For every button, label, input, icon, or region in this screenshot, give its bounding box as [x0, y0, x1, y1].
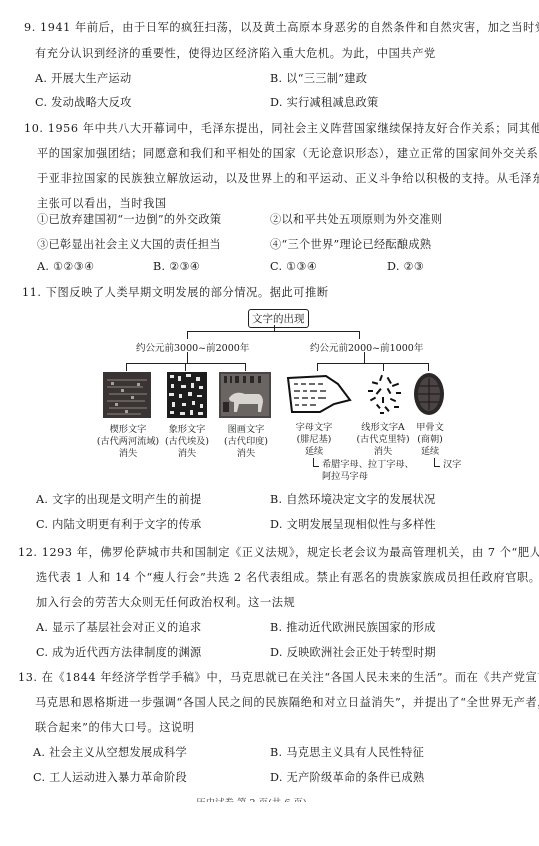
script-name: 线形文字A	[352, 422, 414, 434]
q13-option-d: D. 无产阶级革命的条件已成熟	[270, 769, 424, 785]
q10-option-b: B. ②③④	[153, 260, 200, 273]
linear-a-script-image	[362, 372, 406, 418]
script-caption-oracle-bone: 甲骨文 (商朝) 延续	[412, 422, 448, 458]
page-footer: 历史试卷 第 2 页(共 6 页)	[196, 796, 307, 802]
q12-stem-line3: 加入行会的劳苦大众则无任何政治权利。这一法规	[36, 594, 295, 610]
q12-option-a: A. 显示了基层社会对正义的追求	[36, 619, 201, 635]
connector	[364, 352, 365, 363]
q9-option-d: D. 实行减租减息政策	[270, 94, 378, 110]
q12-stem-line2: 选代表 1 人和 14 个“瘦人行会”共选 2 名代表组成。禁止有恶名的贵族家族…	[36, 569, 539, 585]
script-name: 甲骨文	[412, 422, 448, 434]
footer-clip: 历史试卷 第 2 页(共 6 页)	[0, 796, 539, 802]
indus-seal-image	[219, 372, 271, 418]
alphabet-descendants-line1: 希腊字母、拉丁字母、	[322, 459, 414, 471]
connector	[317, 363, 318, 371]
q9-stem-line1: 9. 1941 年前后，由于日军的疯狂扫荡，以及黄土高原本身恶劣的自然条件和自然…	[24, 19, 539, 35]
q12-option-b: B. 推动近代欧洲民族国家的形成	[270, 619, 436, 635]
q9-stem-line2: 有充分认识到经济的重要性，使得边区经济陷入重大危机。为此，中国共产党	[35, 45, 436, 61]
q10-stem-line2: 平的国家加强团结；同愿意和我们和平相处的国家（无论意识形态），建立正常的国家间外…	[37, 145, 539, 161]
script-name: 楔形文字	[96, 424, 160, 436]
script-origin: (古代两河流域)	[96, 436, 160, 448]
connector	[317, 363, 428, 364]
script-caption-indus: 图画文字 (古代印度) 消失	[218, 424, 274, 460]
q13-option-a: A. 社会主义从空想发展成科学	[33, 744, 187, 760]
q10-statement-4: ④“三个世界”理论已经酝酿成熟	[270, 236, 431, 252]
q10-stem-line3: 于亚非拉国家的民族独立解放运动，以及世界上的和平运动、正义斗争给以积极的支持。从…	[37, 170, 539, 186]
connector	[313, 458, 314, 466]
hieroglyph-tablet-image	[167, 372, 207, 418]
script-origin: (古代克里特)	[352, 434, 414, 446]
q10-option-c: C. ①③④	[270, 260, 317, 273]
q11-option-d: D. 文明发展呈现相似性与多样性	[270, 516, 436, 532]
q10-option-d: D. ②③	[387, 260, 424, 273]
script-fate: 消失	[96, 448, 160, 460]
q10-stem-line1: 10. 1956 年中共八大开幕词中，毛泽东提出，同社会主义阵营国家继续保持友好…	[24, 120, 539, 136]
q13-option-b: B. 马克思主义具有人民性特征	[270, 744, 424, 760]
script-caption-phoenician: 字母文字 (腓尼基) 延续	[288, 422, 340, 458]
connector	[185, 363, 186, 371]
script-origin: (古代印度)	[218, 436, 274, 448]
q10-statement-1: ①已放弃建国初“一边倒”的外交政策	[37, 211, 221, 227]
alphabet-descendants-line2: 阿拉马字母	[322, 471, 368, 483]
period-left-label: 约公元前3000~前2000年	[136, 340, 249, 354]
script-caption-cuneiform: 楔形文字 (古代两河流域) 消失	[96, 424, 160, 460]
connector	[434, 466, 440, 467]
q11-option-b: B. 自然环境决定文字的发展状况	[270, 491, 436, 507]
q12-option-d: D. 反映欧洲社会正处于转型时期	[270, 644, 436, 660]
cuneiform-tablet-image	[103, 372, 151, 418]
connector	[313, 466, 319, 467]
oracle-bone-image	[413, 372, 445, 416]
connector	[126, 363, 246, 364]
script-origin: (古代埃及)	[158, 436, 216, 448]
q13-stem-line2: 马克思和恩格斯进一步强调“各国人民之间的民族隔绝和对立日益消失”，并提出了“全世…	[35, 694, 539, 710]
q9-option-a: A. 开展大生产运动	[35, 70, 132, 86]
diagram-title: 文字的出现	[248, 309, 309, 328]
q10-stem-line4: 主张可以看出，当时我国	[37, 195, 167, 211]
q10-statement-3: ③已彰显出社会主义大国的责任担当	[37, 236, 221, 252]
oracle-descendant: 汉字	[443, 459, 461, 471]
q11-option-a: A. 文字的出现是文明产生的前提	[36, 491, 201, 507]
period-right-label: 约公元前2000~前1000年	[310, 340, 423, 354]
script-origin: (商朝)	[412, 434, 448, 446]
script-name: 象形文字	[158, 424, 216, 436]
connector	[383, 363, 384, 371]
connector	[187, 331, 360, 332]
connector	[126, 363, 127, 371]
connector	[434, 458, 435, 466]
script-fate: 消失	[352, 446, 414, 458]
script-origin: (腓尼基)	[288, 434, 340, 446]
script-name: 图画文字	[218, 424, 274, 436]
script-caption-hieroglyph: 象形文字 (古代埃及) 消失	[158, 424, 216, 460]
q9-option-b: B. 以“三三制”建政	[270, 70, 367, 86]
script-name: 字母文字	[288, 422, 340, 434]
q11-option-c: C. 内陆文明更有利于文字的传承	[36, 516, 202, 532]
script-fate: 延续	[288, 446, 340, 458]
q13-stem-line1: 13. 在《1844 年经济学哲学手稿》中，马克思就已在关注“各国人民未来的生活…	[18, 669, 539, 685]
q12-stem-line1: 12. 1293 年，佛罗伦萨城市共和国制定《正义法规》，规定长老会议为最高管理…	[18, 544, 539, 560]
q10-statement-2: ②以和平共处五项原则为外交准则	[270, 211, 442, 227]
connector	[359, 331, 360, 339]
q12-option-c: C. 成为近代西方法律制度的渊源	[36, 644, 202, 660]
connector	[187, 331, 188, 339]
script-fate: 延续	[412, 446, 448, 458]
connector	[187, 352, 188, 363]
q9-option-c: C. 发动战略大反攻	[35, 94, 132, 110]
script-fate: 消失	[218, 448, 274, 460]
connector	[245, 363, 246, 371]
connector	[428, 363, 429, 371]
q10-option-a: A. ①②③④	[37, 260, 94, 273]
script-fate: 消失	[158, 448, 216, 460]
script-caption-linear-a: 线形文字A (古代克里特) 消失	[352, 422, 414, 458]
q13-option-c: C. 工人运动进入暴力革命阶段	[33, 769, 187, 785]
q11-stem: 11. 下图反映了人类早期文明发展的部分情况。据此可推断	[22, 284, 329, 300]
phoenician-script-image	[286, 374, 352, 414]
q13-stem-line3: 联合起来”的伟大口号。这说明	[35, 719, 195, 735]
